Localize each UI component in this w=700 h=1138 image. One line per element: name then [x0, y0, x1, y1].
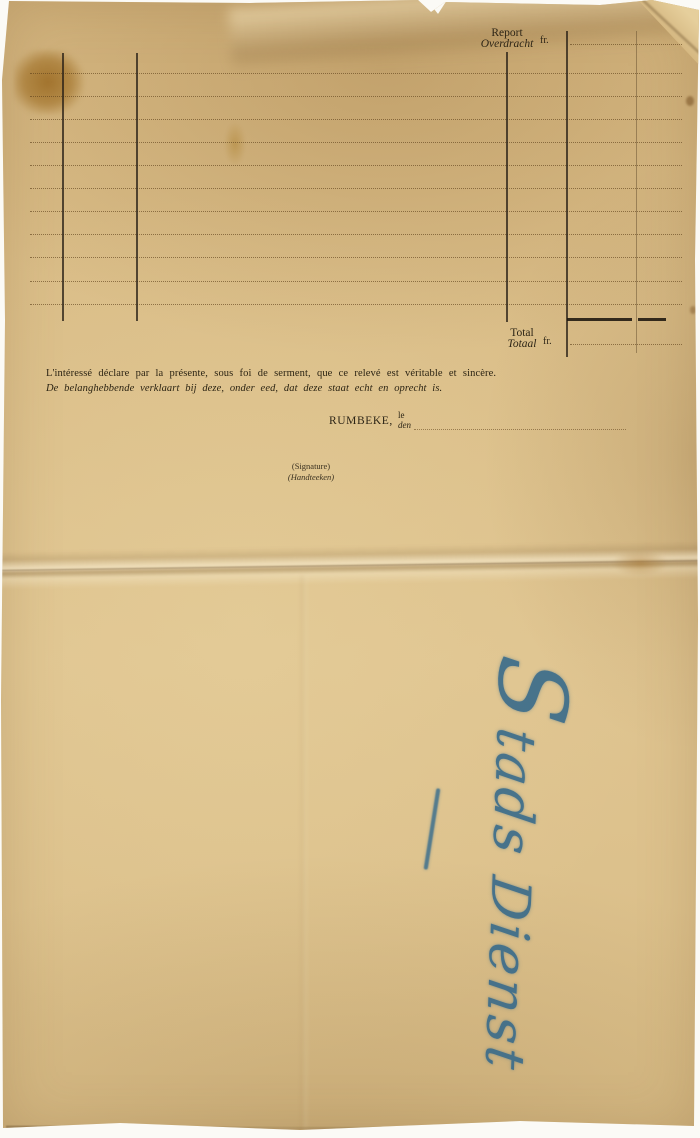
date-prefix-fr: le	[398, 410, 405, 420]
signature-underline	[424, 788, 441, 870]
scanned-document: Report Overdracht fr. Total Totaal fr. L…	[0, 0, 700, 1138]
oath-declaration: L'intéressé déclare par la présente, sou…	[46, 366, 570, 396]
report-currency-label: fr.	[540, 35, 549, 46]
report-label-nl: Overdracht	[476, 39, 538, 50]
table-rule	[62, 53, 64, 321]
fold-stain	[612, 550, 668, 576]
vertical-crease	[300, 575, 308, 1130]
table-rule	[506, 52, 508, 322]
table-rule	[30, 211, 682, 212]
table-rule	[570, 344, 682, 345]
table-rule	[30, 142, 682, 143]
total-label: Total Totaal	[500, 328, 544, 350]
table-rule	[638, 318, 666, 321]
signature-caption-nl: (Handteeken)	[252, 472, 370, 483]
date-field	[414, 429, 626, 430]
declaration-line-fr: L'intéressé déclare par la présente, sou…	[46, 366, 570, 381]
table-rule	[30, 257, 682, 258]
table-rule	[30, 281, 682, 282]
signature-caption-fr: (Signature)	[252, 461, 370, 472]
bottom-edge-crease	[6, 1125, 694, 1131]
date-prefix: le den	[398, 411, 411, 430]
table-rule	[30, 304, 682, 305]
table-rule	[30, 188, 682, 189]
table-rule	[136, 53, 138, 321]
date-prefix-nl: den	[398, 420, 411, 430]
signature-caption: (Signature) (Handteeken)	[252, 461, 370, 482]
table-rule	[30, 165, 682, 166]
declaration-line-nl: De belanghebbende verklaart bij deze, on…	[46, 381, 570, 396]
ledger-table: Report Overdracht fr. Total Totaal fr.	[0, 0, 700, 380]
table-rule	[570, 44, 682, 45]
report-label: Report Overdracht	[476, 28, 538, 50]
place-name: RUMBEKE,	[329, 415, 393, 427]
place-date-line: RUMBEKE, le den	[0, 408, 700, 438]
table-rule	[30, 96, 682, 97]
paper-sheet: Report Overdracht fr. Total Totaal fr. L…	[0, 0, 700, 1138]
total-label-nl: Totaal	[500, 339, 544, 350]
table-rule	[30, 73, 682, 74]
handwritten-signature: Stads Dienst	[459, 649, 592, 1046]
table-rule	[30, 119, 682, 120]
total-currency-label: fr.	[543, 336, 552, 347]
table-rule	[566, 31, 568, 357]
table-rule	[567, 318, 632, 321]
table-rule	[30, 234, 682, 235]
table-rule	[636, 31, 637, 353]
